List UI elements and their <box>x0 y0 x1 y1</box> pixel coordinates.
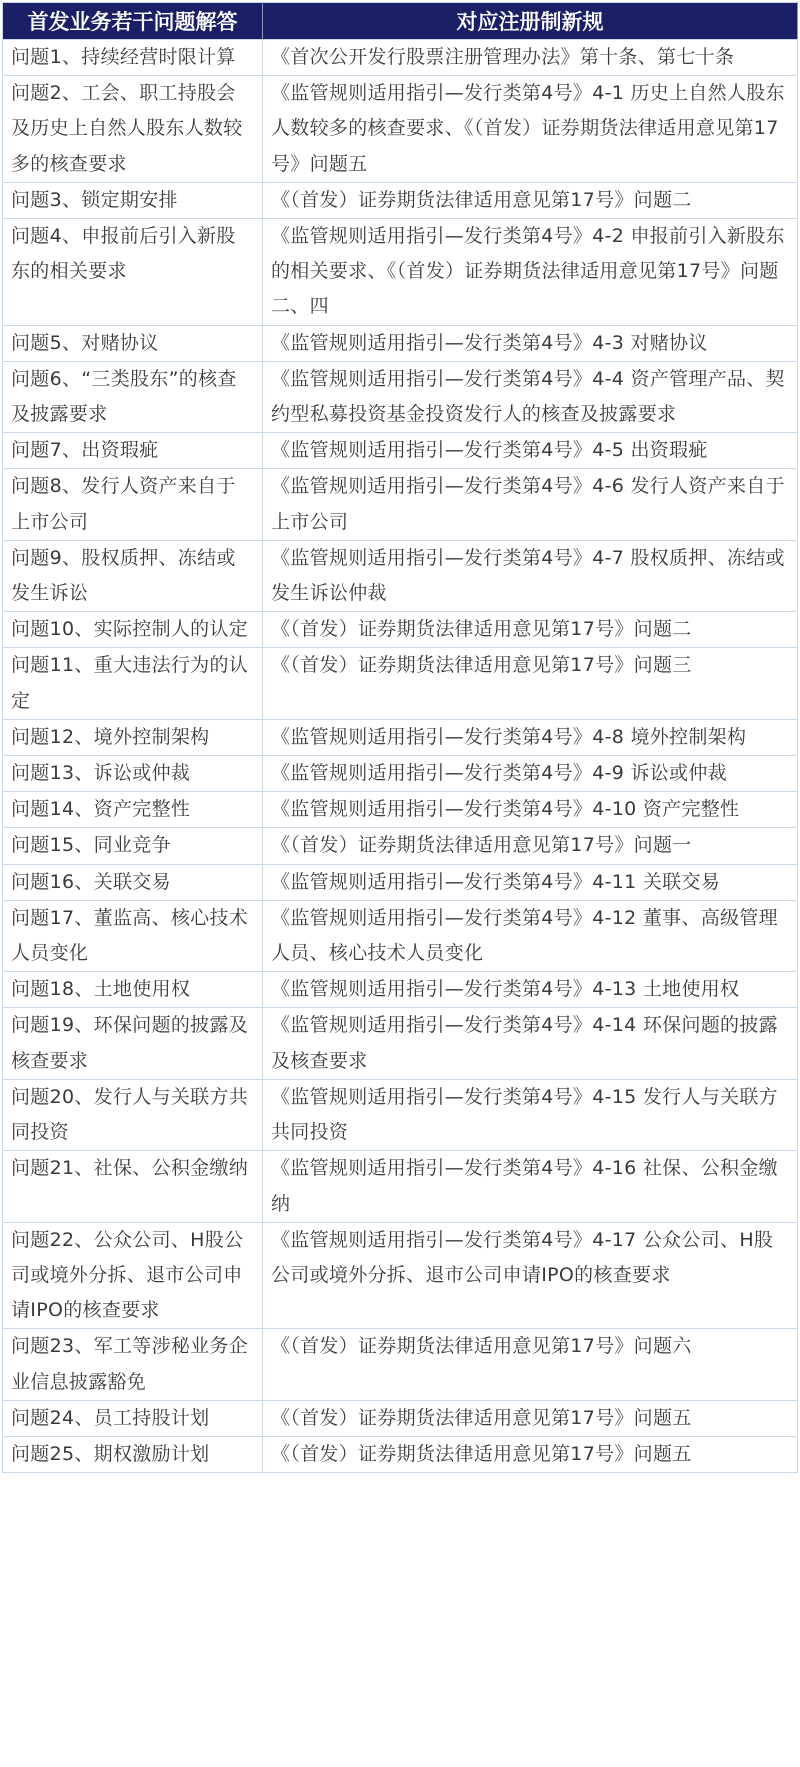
rule-cell: 《监管规则适用指引—发行类第4号》4-17 公众公司、H股公司或境外分拆、退市公… <box>263 1222 798 1329</box>
rule-cell: 《（首发）证券期货法律适用意见第17号》问题二 <box>263 612 798 648</box>
question-cell: 问题14、资产完整性 <box>3 792 263 828</box>
table-row: 问题19、环保问题的披露及核查要求《监管规则适用指引—发行类第4号》4-14 环… <box>3 1008 798 1079</box>
question-cell: 问题20、发行人与关联方共同投资 <box>3 1079 263 1150</box>
rule-cell: 《（首发）证券期货法律适用意见第17号》问题五 <box>263 1436 798 1472</box>
question-cell: 问题17、董监高、核心技术人员变化 <box>3 900 263 971</box>
rule-cell: 《监管规则适用指引—发行类第4号》4-1 历史上自然人股东人数较多的核查要求、《… <box>263 76 798 183</box>
question-cell: 问题4、申报前后引入新股东的相关要求 <box>3 219 263 326</box>
rule-cell: 《监管规则适用指引—发行类第4号》4-9 诉讼或仲裁 <box>263 756 798 792</box>
table-row: 问题22、公众公司、H股公司或境外分拆、退市公司申请IPO的核查要求《监管规则适… <box>3 1222 798 1329</box>
regulation-mapping-table: 首发业务若干问题解答 对应注册制新规 问题1、持续经营时限计算《首次公开发行股票… <box>2 2 798 1473</box>
question-cell: 问题8、发行人资产来自于上市公司 <box>3 469 263 540</box>
rule-cell: 《监管规则适用指引—发行类第4号》4-4 资产管理产品、契约型私募投资基金投资发… <box>263 361 798 432</box>
question-cell: 问题18、土地使用权 <box>3 972 263 1008</box>
question-cell: 问题25、期权激励计划 <box>3 1436 263 1472</box>
question-cell: 问题7、出资瑕疵 <box>3 433 263 469</box>
table-row: 问题2、工会、职工持股会及历史上自然人股东人数较多的核查要求《监管规则适用指引—… <box>3 76 798 183</box>
table-row: 问题18、土地使用权《监管规则适用指引—发行类第4号》4-13 土地使用权 <box>3 972 798 1008</box>
table-row: 问题3、锁定期安排《（首发）证券期货法律适用意见第17号》问题二 <box>3 182 798 218</box>
rule-cell: 《监管规则适用指引—发行类第4号》4-3 对赌协议 <box>263 325 798 361</box>
question-cell: 问题22、公众公司、H股公司或境外分拆、退市公司申请IPO的核查要求 <box>3 1222 263 1329</box>
table-row: 问题16、关联交易《监管规则适用指引—发行类第4号》4-11 关联交易 <box>3 864 798 900</box>
question-cell: 问题11、重大违法行为的认定 <box>3 648 263 719</box>
rule-cell: 《监管规则适用指引—发行类第4号》4-13 土地使用权 <box>263 972 798 1008</box>
question-cell: 问题12、境外控制架构 <box>3 719 263 755</box>
table-row: 问题13、诉讼或仲裁《监管规则适用指引—发行类第4号》4-9 诉讼或仲裁 <box>3 756 798 792</box>
table-row: 问题25、期权激励计划《（首发）证券期货法律适用意见第17号》问题五 <box>3 1436 798 1472</box>
table-row: 问题12、境外控制架构《监管规则适用指引—发行类第4号》4-8 境外控制架构 <box>3 719 798 755</box>
rule-cell: 《首次公开发行股票注册管理办法》第十条、第七十条 <box>263 40 798 76</box>
rule-cell: 《监管规则适用指引—发行类第4号》4-16 社保、公积金缴纳 <box>263 1151 798 1222</box>
question-cell: 问题21、社保、公积金缴纳 <box>3 1151 263 1222</box>
rule-cell: 《监管规则适用指引—发行类第4号》4-14 环保问题的披露及核查要求 <box>263 1008 798 1079</box>
table-row: 问题7、出资瑕疵《监管规则适用指引—发行类第4号》4-5 出资瑕疵 <box>3 433 798 469</box>
rule-cell: 《（首发）证券期货法律适用意见第17号》问题六 <box>263 1329 798 1400</box>
table-row: 问题5、对赌协议《监管规则适用指引—发行类第4号》4-3 对赌协议 <box>3 325 798 361</box>
question-cell: 问题3、锁定期安排 <box>3 182 263 218</box>
question-cell: 问题5、对赌协议 <box>3 325 263 361</box>
question-cell: 问题15、同业竞争 <box>3 828 263 864</box>
table-row: 问题24、员工持股计划《（首发）证券期货法律适用意见第17号》问题五 <box>3 1400 798 1436</box>
rule-cell: 《监管规则适用指引—发行类第4号》4-10 资产完整性 <box>263 792 798 828</box>
rule-cell: 《监管规则适用指引—发行类第4号》4-8 境外控制架构 <box>263 719 798 755</box>
header-row: 首发业务若干问题解答 对应注册制新规 <box>3 3 798 40</box>
rule-cell: 《监管规则适用指引—发行类第4号》4-11 关联交易 <box>263 864 798 900</box>
table-row: 问题14、资产完整性《监管规则适用指引—发行类第4号》4-10 资产完整性 <box>3 792 798 828</box>
rule-cell: 《（首发）证券期货法律适用意见第17号》问题三 <box>263 648 798 719</box>
question-cell: 问题6、“三类股东”的核查及披露要求 <box>3 361 263 432</box>
table-row: 问题8、发行人资产来自于上市公司《监管规则适用指引—发行类第4号》4-6 发行人… <box>3 469 798 540</box>
question-cell: 问题19、环保问题的披露及核查要求 <box>3 1008 263 1079</box>
table-row: 问题9、股权质押、冻结或发生诉讼《监管规则适用指引—发行类第4号》4-7 股权质… <box>3 540 798 611</box>
question-cell: 问题10、实际控制人的认定 <box>3 612 263 648</box>
question-cell: 问题2、工会、职工持股会及历史上自然人股东人数较多的核查要求 <box>3 76 263 183</box>
table-row: 问题6、“三类股东”的核查及披露要求《监管规则适用指引—发行类第4号》4-4 资… <box>3 361 798 432</box>
question-cell: 问题9、股权质押、冻结或发生诉讼 <box>3 540 263 611</box>
question-cell: 问题16、关联交易 <box>3 864 263 900</box>
rule-cell: 《监管规则适用指引—发行类第4号》4-15 发行人与关联方共同投资 <box>263 1079 798 1150</box>
table-row: 问题1、持续经营时限计算《首次公开发行股票注册管理办法》第十条、第七十条 <box>3 40 798 76</box>
table-row: 问题17、董监高、核心技术人员变化《监管规则适用指引—发行类第4号》4-12 董… <box>3 900 798 971</box>
rule-cell: 《监管规则适用指引—发行类第4号》4-12 董事、高级管理人员、核心技术人员变化 <box>263 900 798 971</box>
question-cell: 问题24、员工持股计划 <box>3 1400 263 1436</box>
rule-cell: 《监管规则适用指引—发行类第4号》4-6 发行人资产来自于上市公司 <box>263 469 798 540</box>
question-cell: 问题13、诉讼或仲裁 <box>3 756 263 792</box>
header-rule: 对应注册制新规 <box>263 3 798 40</box>
rule-cell: 《监管规则适用指引—发行类第4号》4-5 出资瑕疵 <box>263 433 798 469</box>
question-cell: 问题1、持续经营时限计算 <box>3 40 263 76</box>
rule-cell: 《监管规则适用指引—发行类第4号》4-2 申报前引入新股东的相关要求、《（首发）… <box>263 219 798 326</box>
table-row: 问题20、发行人与关联方共同投资《监管规则适用指引—发行类第4号》4-15 发行… <box>3 1079 798 1150</box>
table-row: 问题21、社保、公积金缴纳《监管规则适用指引—发行类第4号》4-16 社保、公积… <box>3 1151 798 1222</box>
table-row: 问题10、实际控制人的认定《（首发）证券期货法律适用意见第17号》问题二 <box>3 612 798 648</box>
table-row: 问题11、重大违法行为的认定《（首发）证券期货法律适用意见第17号》问题三 <box>3 648 798 719</box>
table-row: 问题15、同业竞争《（首发）证券期货法律适用意见第17号》问题一 <box>3 828 798 864</box>
rule-cell: 《监管规则适用指引—发行类第4号》4-7 股权质押、冻结或发生诉讼仲裁 <box>263 540 798 611</box>
rule-cell: 《（首发）证券期货法律适用意见第17号》问题五 <box>263 1400 798 1436</box>
rule-cell: 《（首发）证券期货法律适用意见第17号》问题二 <box>263 182 798 218</box>
table-row: 问题23、军工等涉秘业务企业信息披露豁免《（首发）证券期货法律适用意见第17号》… <box>3 1329 798 1400</box>
question-cell: 问题23、军工等涉秘业务企业信息披露豁免 <box>3 1329 263 1400</box>
rule-cell: 《（首发）证券期货法律适用意见第17号》问题一 <box>263 828 798 864</box>
table-row: 问题4、申报前后引入新股东的相关要求《监管规则适用指引—发行类第4号》4-2 申… <box>3 219 798 326</box>
header-question: 首发业务若干问题解答 <box>3 3 263 40</box>
